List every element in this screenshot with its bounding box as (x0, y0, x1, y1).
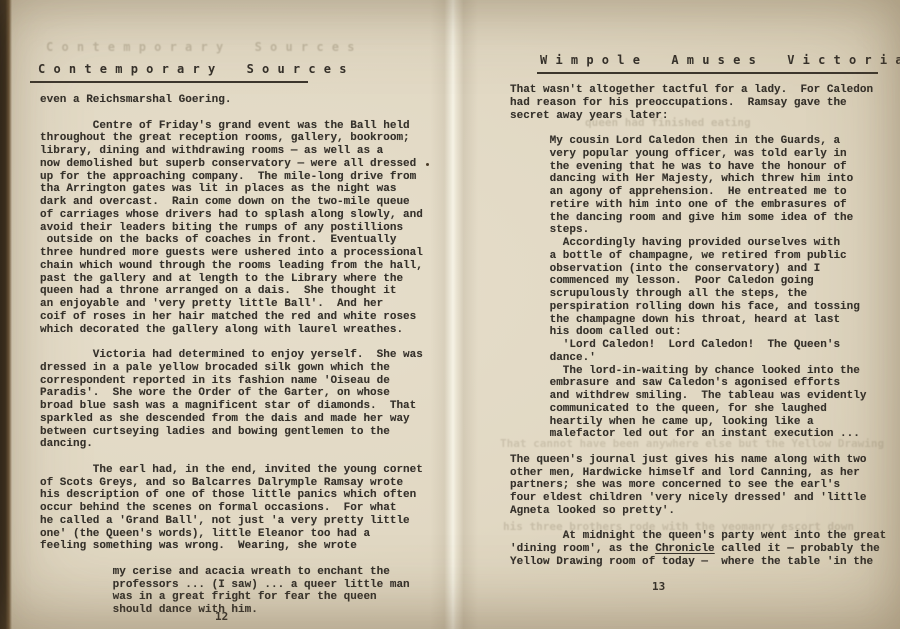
right-header-underline (537, 72, 878, 74)
left-header-underline (30, 81, 308, 83)
book-scan: { "book": { "left_page": { "ghost_header… (0, 0, 900, 629)
right-page-running-header: W i m p o l e A m u s e s V i c t o r i … (540, 53, 900, 67)
left-page-running-header: C o n t e m p o r a r y S o u r c e s (38, 62, 347, 76)
chronicle-underlined-word: Chronicle (655, 543, 714, 555)
book-spine-edge (0, 0, 12, 629)
left-page-body-text: even a Reichsmarshal Goering. Centre of … (40, 94, 423, 617)
left-page-number: 12 (215, 610, 228, 623)
ink-speck (426, 163, 429, 166)
right-page-body-text: That wasn't altogether tactful for a lad… (510, 84, 886, 569)
right-page-number: 13 (652, 580, 665, 593)
right-body-segment-1: That wasn't altogether tactful for a lad… (510, 84, 886, 555)
